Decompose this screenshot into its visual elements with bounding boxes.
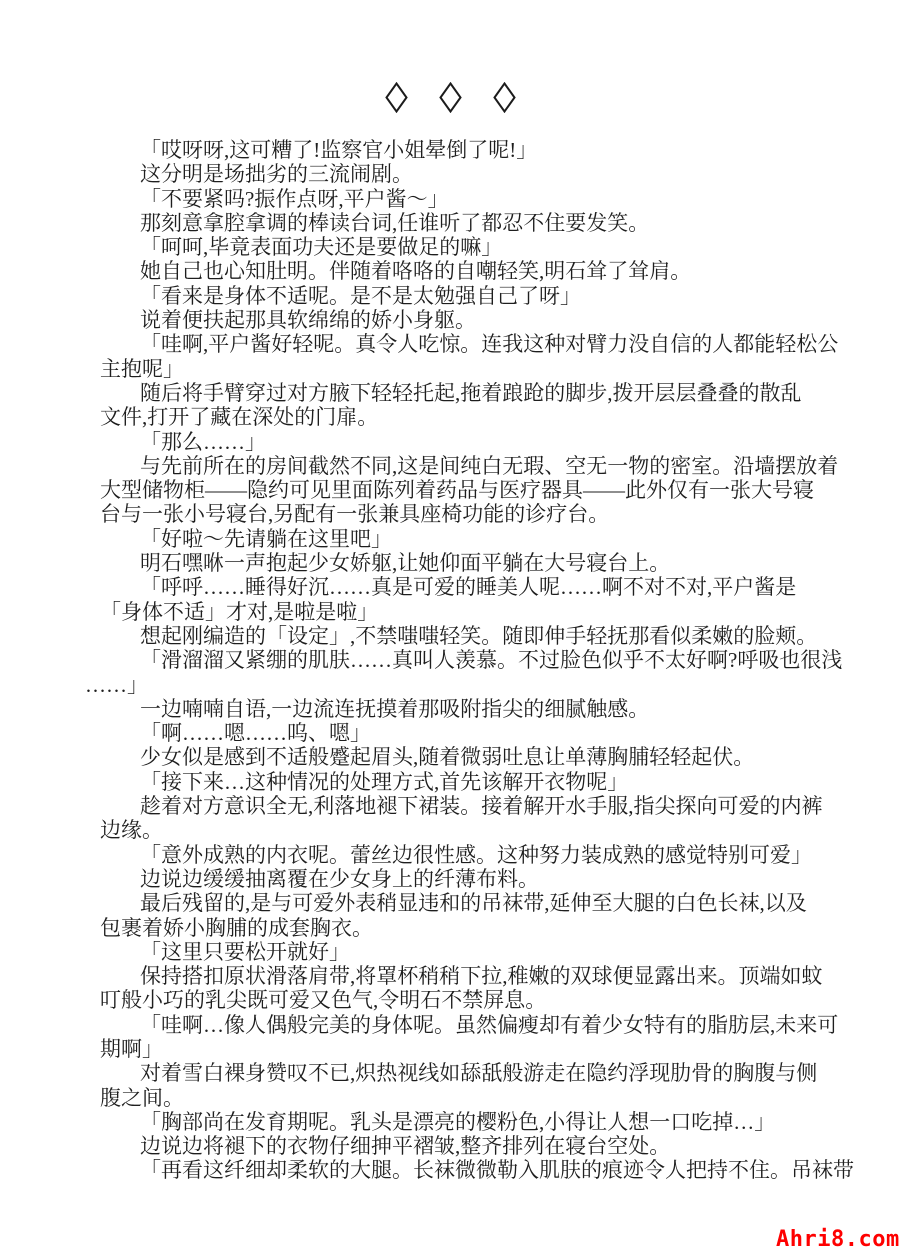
text-line: 文件,打开了藏在深处的门扉。 [100, 405, 820, 429]
text-line: 腹之间。 [100, 1086, 820, 1110]
text-line: 一边喃喃自语,一边流连抚摸着那吸附指尖的细腻触感。 [100, 697, 820, 721]
text-line: 「意外成熟的内衣呢。蕾丝边很性感。这种努力装成熟的感觉特别可爱」 [100, 843, 820, 867]
text-line: 这分明是场拙劣的三流闹剧。 [100, 162, 820, 186]
body-text: 「哎呀呀,这可糟了!监察官小姐晕倒了呢!」这分明是场拙劣的三流闹剧。「不要紧吗?… [100, 138, 820, 1183]
text-line: 「啊……嗯……呜、嗯」 [100, 721, 820, 745]
text-line: 「哎呀呀,这可糟了!监察官小姐晕倒了呢!」 [100, 138, 820, 162]
text-line: 台与一张小号寝台,另配有一张兼具座椅功能的诊疗台。 [100, 502, 820, 526]
text-line: 主抱呢」 [100, 357, 820, 381]
text-line: 说着便扶起那具软绵绵的娇小身躯。 [100, 308, 820, 332]
diamond-icon [439, 82, 462, 113]
text-line: 对着雪白裸身赞叹不已,炽热视线如舔舐般游走在隐约浮现肋骨的胸腹与侧 [100, 1061, 820, 1085]
text-line: 期啊」 [100, 1037, 820, 1061]
text-line: 「再看这纤细却柔软的大腿。长袜微微勒入肌肤的痕迹令人把持不住。吊袜带 [100, 1158, 820, 1182]
text-line: 想起刚编造的「设定」,不禁嗤嗤轻笑。随即伸手轻抚那看似柔嫩的脸颊。 [100, 624, 820, 648]
text-line: 「身体不适」才对,是啦是啦」 [100, 600, 820, 624]
diamond-icon [493, 82, 516, 113]
text-line: 包裹着娇小胸脯的成套胸衣。 [100, 916, 820, 940]
text-line: 趁着对方意识全无,利落地褪下裙装。接着解开水手服,指尖探向可爱的内裤 [100, 794, 820, 818]
text-line: 「这里只要松开就好」 [100, 940, 820, 964]
section-divider [0, 82, 900, 113]
text-line: 最后残留的,是与可爱外表稍显违和的吊袜带,延伸至大腿的白色长袜,以及 [100, 891, 820, 915]
text-line: 那刻意拿腔拿调的棒读台词,任谁听了都忍不住要发笑。 [100, 211, 820, 235]
text-line: 「不要紧吗?振作点呀,平户酱～」 [100, 187, 820, 211]
diamond-icon [385, 82, 408, 113]
text-line: 「呼呼……睡得好沉……真是可爱的睡美人呢……啊不对不对,平户酱是 [100, 575, 820, 599]
text-line: 边缘。 [100, 818, 820, 842]
book-page: 「哎呀呀,这可糟了!监察官小姐晕倒了呢!」这分明是场拙劣的三流闹剧。「不要紧吗?… [0, 0, 900, 1259]
text-line: 「呵呵,毕竟表面功夫还是要做足的嘛」 [100, 235, 820, 259]
text-line: 「接下来…这种情况的处理方式,首先该解开衣物呢」 [100, 770, 820, 794]
watermark-text: Ahri8.com [776, 1227, 900, 1252]
text-line: 「那么……」 [100, 430, 820, 454]
text-line: 「看来是身体不适呢。是不是太勉强自己了呀」 [100, 284, 820, 308]
text-line: 「哇啊,平户酱好轻呢。真令人吃惊。连我这种对臂力没自信的人都能轻松公 [100, 332, 820, 356]
text-line: 边说边缓缓抽离覆在少女身上的纤薄布料。 [100, 867, 820, 891]
text-line: 「胸部尚在发育期呢。乳头是漂亮的樱粉色,小得让人想一口吃掉…」 [100, 1110, 820, 1134]
text-line: 与先前所在的房间截然不同,这是间纯白无瑕、空无一物的密室。沿墙摆放着 [100, 454, 820, 478]
text-line: 叮般小巧的乳尖既可爱又色气,令明石不禁屏息。 [100, 988, 820, 1012]
text-line: 「滑溜溜又紧绷的肌肤……真叫人羡慕。不过脸色似乎不太好啊?呼吸也很浅 [100, 648, 820, 672]
text-line: ……」 [85, 673, 820, 697]
text-line: 随后将手臂穿过对方腋下轻轻托起,拖着踉跄的脚步,拨开层层叠叠的散乱 [100, 381, 820, 405]
text-line: 大型储物柜——隐约可见里面陈列着药品与医疗器具——此外仅有一张大号寝 [100, 478, 820, 502]
text-line: 保持搭扣原状滑落肩带,将罩杯稍稍下拉,稚嫩的双球便显露出来。顶端如蚊 [100, 964, 820, 988]
text-line: 她自己也心知肚明。伴随着咯咯的自嘲轻笑,明石耸了耸肩。 [100, 259, 820, 283]
text-line: 少女似是感到不适般蹙起眉头,随着微弱吐息让单薄胸脯轻轻起伏。 [100, 745, 820, 769]
text-line: 「哇啊…像人偶般完美的身体呢。虽然偏瘦却有着少女特有的脂肪层,未来可 [100, 1013, 820, 1037]
text-line: 「好啦～先请躺在这里吧」 [100, 527, 820, 551]
text-line: 边说边将褪下的衣物仔细抻平褶皱,整齐排列在寝台空处。 [100, 1134, 820, 1158]
text-line: 明石嘿咻一声抱起少女娇躯,让她仰面平躺在大号寝台上。 [100, 551, 820, 575]
